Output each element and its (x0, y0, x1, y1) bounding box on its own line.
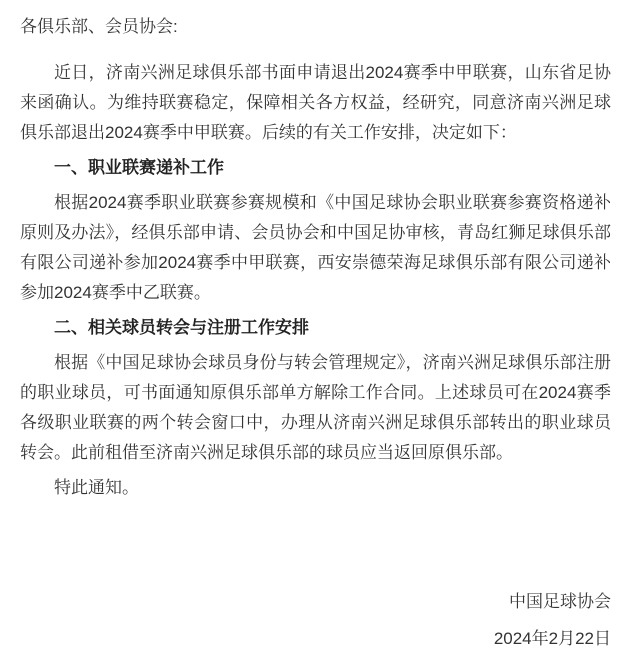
issue-date: 2024年2月22日 (20, 624, 611, 654)
signature-block: 中国足球协会 2024年2月22日 (20, 587, 611, 654)
notice-document: 各俱乐部、会员协会: 近日，济南兴洲足球俱乐部书面申请退出2024赛季中甲联赛，… (0, 0, 631, 654)
salutation: 各俱乐部、会员协会: (20, 12, 611, 42)
section-2-body: 根据《中国足球协会球员身份与转会管理规定》，济南兴洲足球俱乐部注册的职业球员，可… (20, 348, 611, 468)
closing-line: 特此通知。 (20, 473, 611, 503)
intro-paragraph: 近日，济南兴洲足球俱乐部书面申请退出2024赛季中甲联赛，山东省足协来函确认。为… (20, 58, 611, 148)
issuer-name: 中国足球协会 (20, 587, 611, 617)
section-2-heading: 二、相关球员转会与注册工作安排 (20, 313, 611, 343)
section-1-heading: 一、职业联赛递补工作 (20, 153, 611, 183)
section-1-body: 根据2024赛季职业联赛参赛规模和《中国足球协会职业联赛参赛资格递补原则及办法》… (20, 188, 611, 308)
